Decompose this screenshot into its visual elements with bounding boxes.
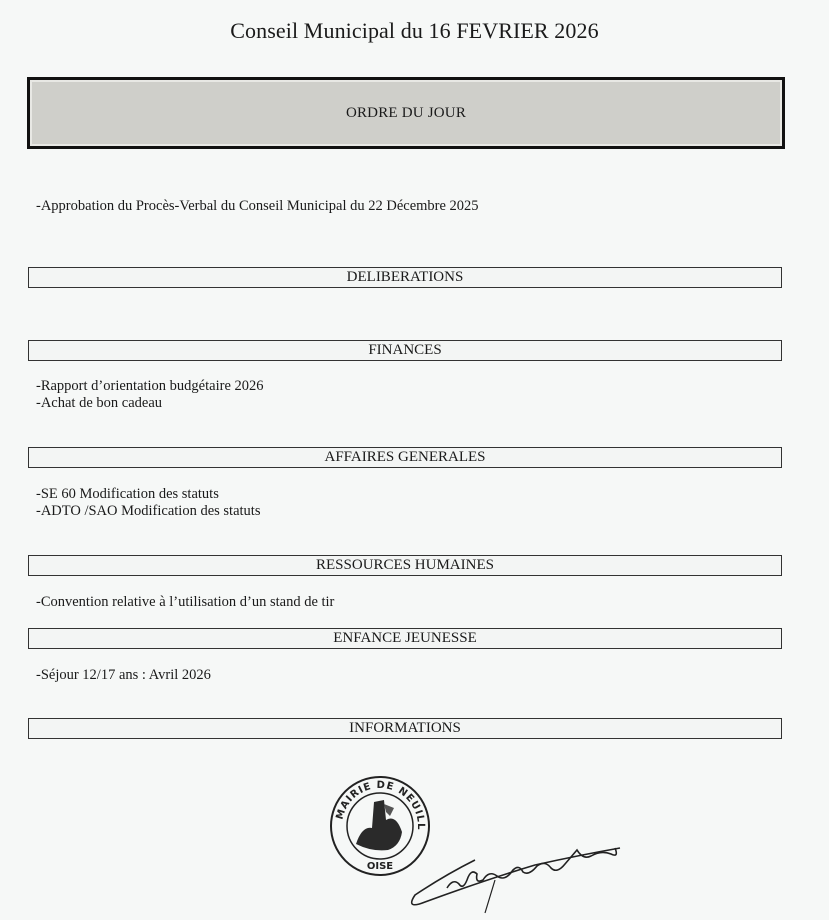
agenda-item: -Convention relative à l’utilisation d’u… bbox=[36, 594, 334, 611]
agenda-item: -Achat de bon cadeau bbox=[36, 395, 162, 412]
agenda-item: -Rapport d’orientation budgétaire 2026 bbox=[36, 378, 264, 395]
agenda-item: -SE 60 Modification des statuts bbox=[36, 486, 219, 503]
section-heading-affaires-generales: AFFAIRES GENERALES bbox=[28, 447, 782, 468]
section-heading-ressources-humaines: RESSOURCES HUMAINES bbox=[28, 555, 782, 576]
agenda-header-box: ORDRE DU JOUR bbox=[27, 77, 785, 149]
agenda-header-label: ORDRE DU JOUR bbox=[346, 105, 466, 122]
agenda-item: -Séjour 12/17 ans : Avril 2026 bbox=[36, 667, 211, 684]
document-title: Conseil Municipal du 16 FEVRIER 2026 bbox=[0, 18, 829, 44]
section-heading-enfance-jeunesse: ENFANCE JEUNESSE bbox=[28, 628, 782, 649]
section-heading-finances: FINANCES bbox=[28, 340, 782, 361]
signature-icon bbox=[405, 820, 645, 915]
intro-agenda-item: -Approbation du Procès-Verbal du Conseil… bbox=[36, 198, 479, 215]
svg-text:OISE: OISE bbox=[367, 861, 393, 872]
section-heading-deliberations: DELIBERATIONS bbox=[28, 267, 782, 288]
section-heading-informations: INFORMATIONS bbox=[28, 718, 782, 739]
agenda-item: -ADTO /SAO Modification des statuts bbox=[36, 503, 260, 520]
